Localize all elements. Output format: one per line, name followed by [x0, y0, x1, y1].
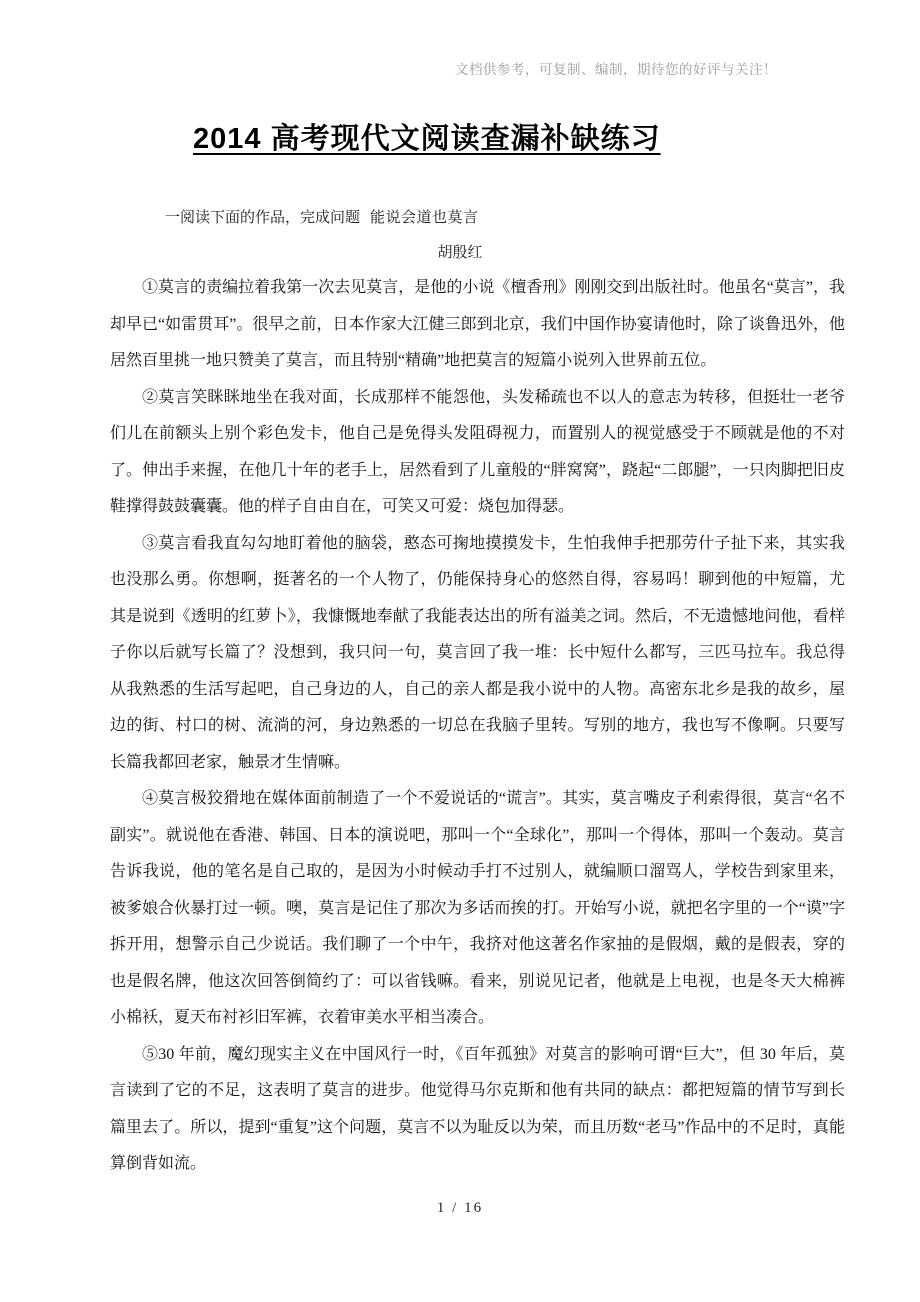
header-watermark-note: 文档供参考，可复制、编制，期待您的好评与关注！	[455, 58, 777, 78]
essay-paragraph-3: ③莫言看我直勾勾地盯着他的脑袋，憨态可掬地摸摸发卡，生怕我伸手把那劳什子扯下来，…	[110, 526, 845, 782]
essay-paragraph-5: ⑤30 年前，魔幻现实主义在中国风行一时，《百年孤独》对莫言的影响可谓“巨大”，…	[110, 1037, 845, 1183]
page-number: 1 / 16	[0, 1200, 920, 1217]
essay-body: ①莫言的责编拉着我第一次去见莫言，是他的小说《檀香刑》刚刚交到出版社时。他虽名“…	[110, 270, 845, 1183]
essay-paragraph-1: ①莫言的责编拉着我第一次去见莫言，是他的小说《檀香刑》刚刚交到出版社时。他虽名“…	[110, 270, 845, 380]
reading-instruction: 一阅读下面的作品，完成问题	[165, 206, 360, 227]
document-page: 文档供参考，可复制、编制，期待您的好评与关注！ 2014 高考现代文阅读查漏补缺…	[0, 0, 920, 1302]
essay-paragraph-2: ②莫言笑眯眯地坐在我对面，长成那样不能怨他，头发稀疏也不以人的意志为转移，但挺壮…	[110, 380, 845, 526]
essay-author: 胡殷红	[0, 241, 920, 262]
document-title: 2014 高考现代文阅读查漏补缺练习	[193, 116, 661, 157]
essay-title: 能说会道也莫言	[370, 206, 479, 227]
reading-meta-line: 一阅读下面的作品，完成问题 能说会道也莫言	[0, 206, 920, 228]
essay-paragraph-4: ④莫言极狡猾地在媒体面前制造了一个不爱说话的“谎言”。其实，莫言嘴皮子利索得很，…	[110, 781, 845, 1037]
